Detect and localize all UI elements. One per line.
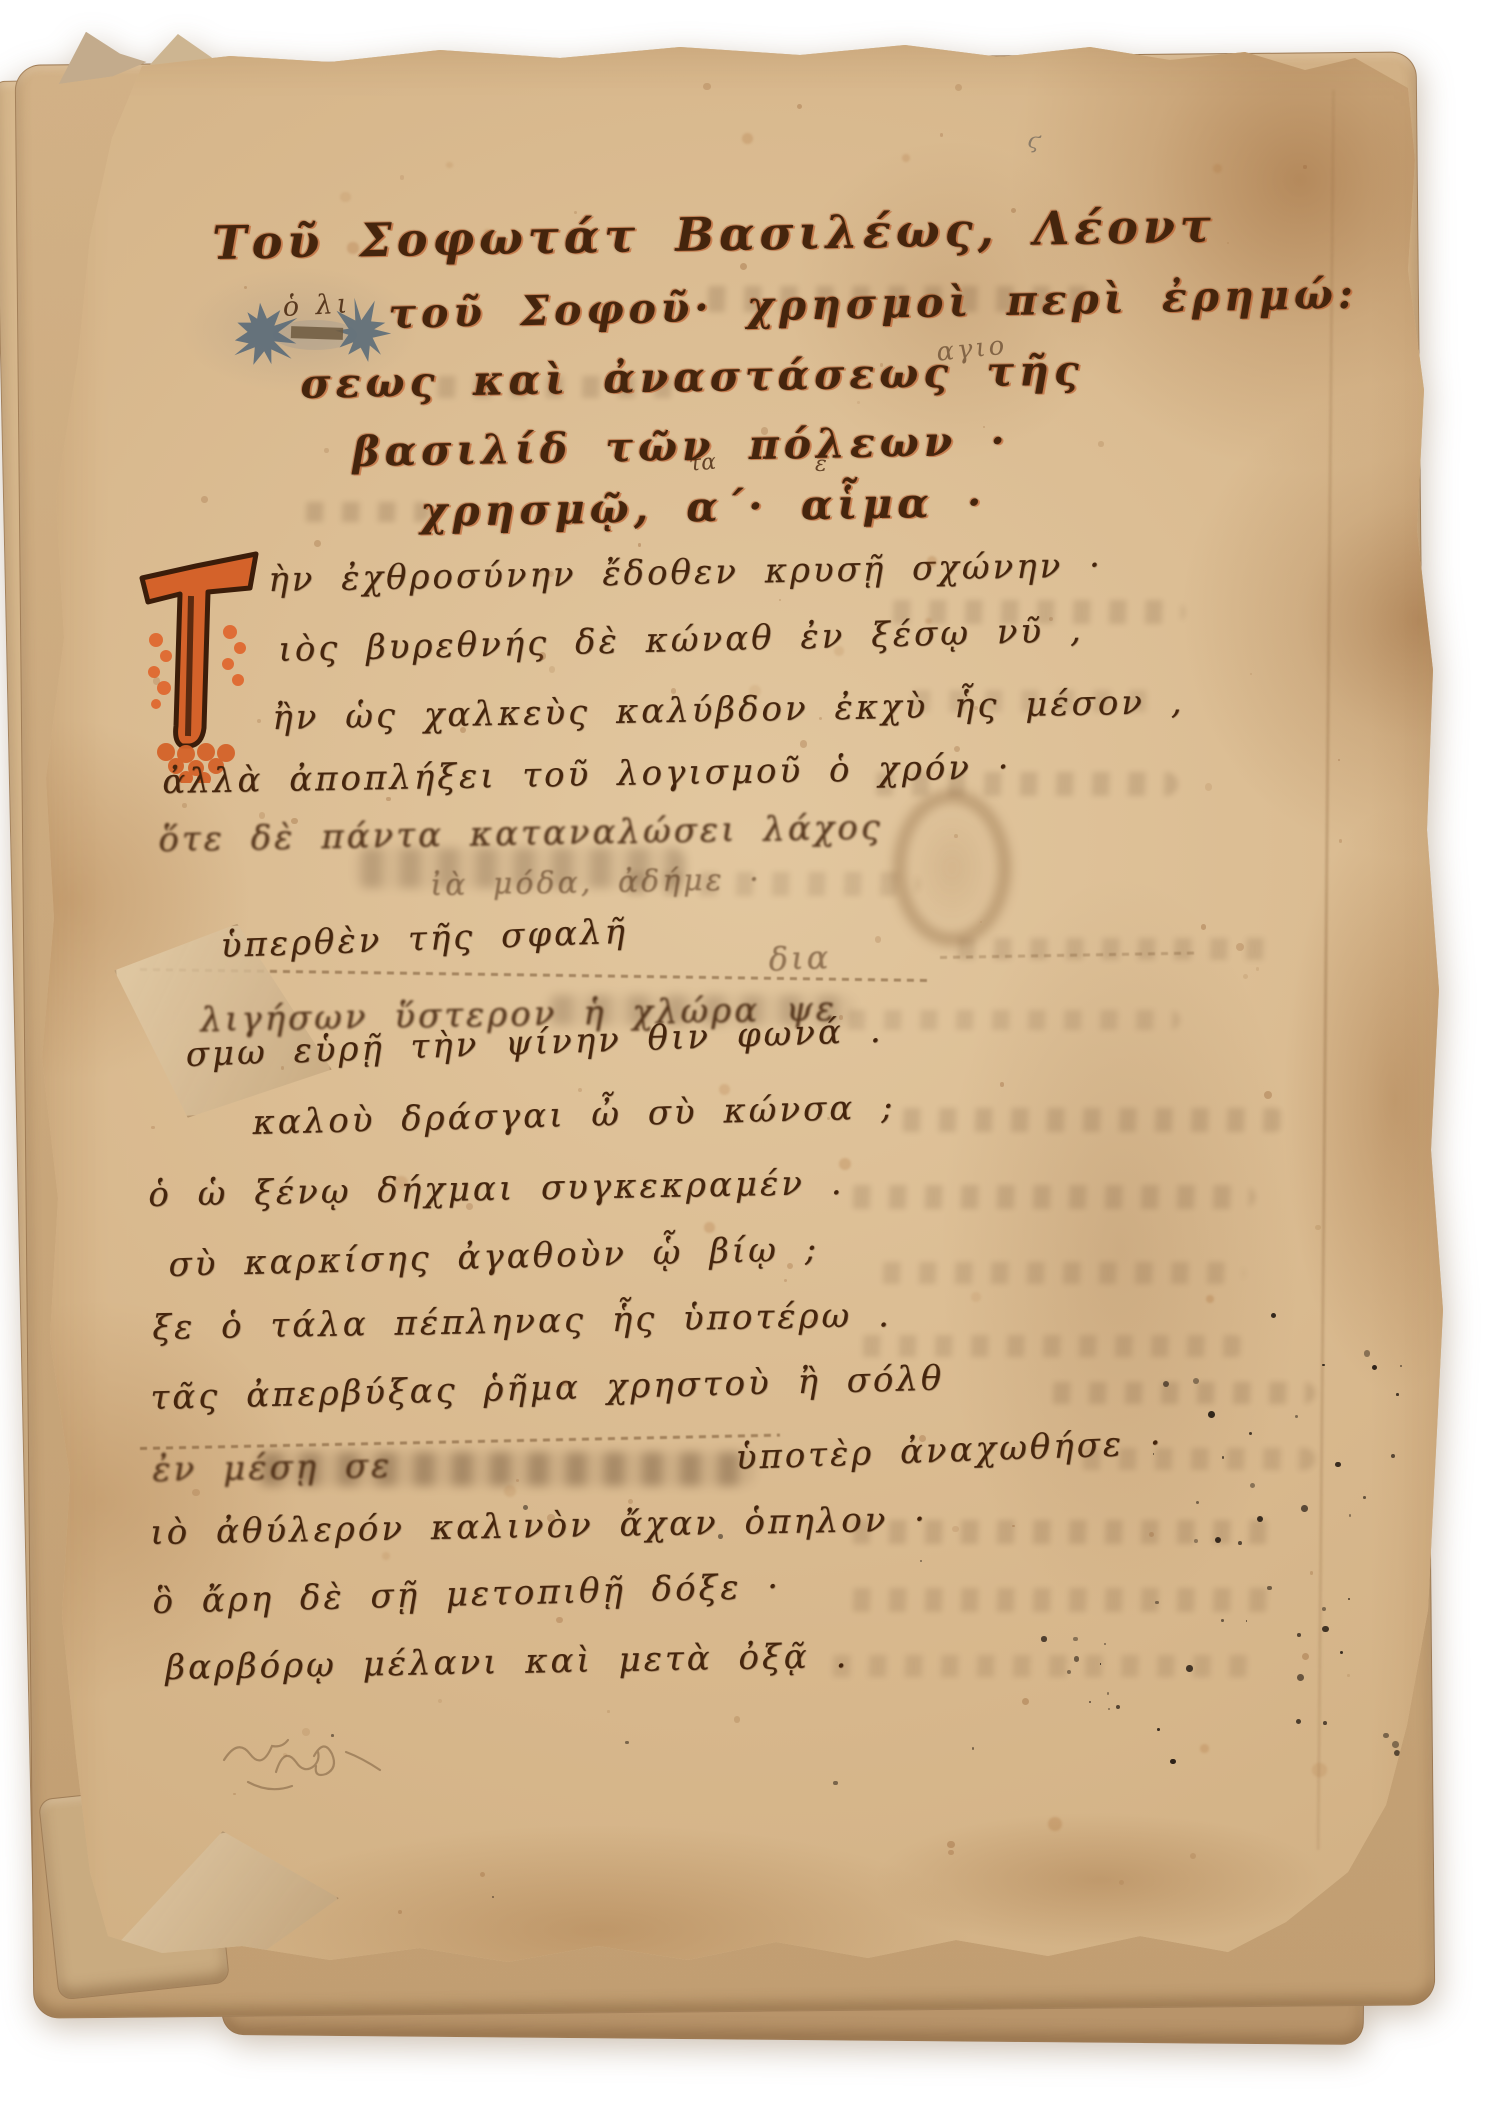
ink-speck xyxy=(1221,1619,1224,1622)
ink-speck xyxy=(578,1088,582,1092)
ink-speck xyxy=(833,1781,837,1785)
ink-speck xyxy=(1310,1571,1314,1575)
ink-speck xyxy=(810,1319,815,1324)
ink-speck xyxy=(954,834,958,838)
ink-speck xyxy=(742,133,753,144)
ink-speck xyxy=(718,1534,723,1539)
ink-speck xyxy=(1116,1705,1120,1709)
ink-speck xyxy=(1012,1525,1015,1528)
ink-speck xyxy=(1249,1432,1252,1435)
ink-speck xyxy=(523,1505,528,1510)
ink-speck xyxy=(1149,1532,1154,1537)
ink-speck xyxy=(1022,1698,1029,1705)
ink-speck xyxy=(819,717,823,721)
ink-speck xyxy=(1067,1670,1071,1674)
ink-speck xyxy=(1073,1637,1078,1642)
ink-speck xyxy=(1296,1719,1301,1724)
ink-speck xyxy=(340,192,351,203)
ink-speck xyxy=(676,635,679,638)
ink-speck xyxy=(607,1710,610,1713)
ink-speck xyxy=(797,104,802,109)
ink-speck xyxy=(1363,1496,1366,1499)
ink-speck xyxy=(1236,943,1244,951)
ink-speck xyxy=(927,556,938,567)
ink-speck xyxy=(1338,759,1340,761)
ink-speck xyxy=(1153,1453,1155,1455)
ink-speck xyxy=(925,618,931,624)
ink-speck xyxy=(386,797,391,802)
ink-speck xyxy=(734,1716,741,1723)
ink-speck xyxy=(761,427,768,434)
ink-speck xyxy=(704,1222,715,1233)
ink-speck xyxy=(1301,1505,1308,1512)
ink-speck xyxy=(1372,1365,1378,1371)
ink-speck xyxy=(1383,1733,1389,1739)
manuscript-page: ὁ λι Τ xyxy=(0,0,1500,2102)
ink-speck xyxy=(1322,1364,1324,1366)
ink-speck xyxy=(1303,165,1306,168)
ink-speck xyxy=(1392,1741,1399,1748)
ink-speck xyxy=(1108,1708,1110,1710)
ink-speck xyxy=(314,540,321,547)
ink-speck xyxy=(283,1753,287,1757)
ink-speck xyxy=(1312,1763,1326,1777)
ink-speck xyxy=(1000,1082,1005,1087)
ink-speck xyxy=(539,652,547,660)
ink-speck xyxy=(954,746,960,752)
ink-speck xyxy=(1206,1295,1215,1304)
ink-speck xyxy=(955,84,962,91)
ink-speck xyxy=(556,1617,563,1624)
ink-speck xyxy=(1347,1674,1350,1677)
ink-speck xyxy=(1322,1626,1328,1632)
ink-speck xyxy=(291,818,297,824)
ink-speck xyxy=(779,599,781,601)
ink-speck xyxy=(1100,1663,1102,1665)
ink-speck xyxy=(1222,1456,1224,1458)
ink-speck xyxy=(548,571,554,577)
ink-speck xyxy=(1364,1350,1370,1356)
ink-speck xyxy=(1098,441,1104,447)
ink-speck xyxy=(1297,1633,1301,1637)
ink-speck xyxy=(948,1850,954,1856)
ink-speck xyxy=(638,543,642,547)
ink-speck xyxy=(1271,1313,1276,1318)
ink-speck xyxy=(1391,1454,1395,1458)
ink-speck xyxy=(446,162,453,169)
ink-speck xyxy=(382,1552,390,1560)
ink-speck xyxy=(1208,1411,1215,1418)
ink-speck xyxy=(703,83,710,90)
ink-speck xyxy=(347,242,358,253)
ink-speck xyxy=(628,1499,633,1504)
ink-speck xyxy=(839,1158,851,1170)
ink-speck xyxy=(302,1728,310,1736)
ink-speck xyxy=(919,1435,926,1442)
ink-speck xyxy=(466,1203,473,1210)
ink-speck xyxy=(1256,967,1260,971)
ink-speck xyxy=(1246,1620,1248,1622)
ink-speck xyxy=(947,1841,954,1848)
ink-speck xyxy=(1213,164,1222,173)
ink-speck xyxy=(719,1084,730,1095)
ink-speck xyxy=(1011,208,1016,213)
ink-speck xyxy=(1155,1601,1159,1605)
ink-speck xyxy=(980,921,982,923)
ink-speck xyxy=(1349,1514,1352,1517)
ink-speck xyxy=(1339,839,1343,843)
ink-speck xyxy=(1323,1721,1327,1725)
ink-speck xyxy=(1348,1598,1351,1601)
ink-speck xyxy=(1335,1462,1340,1467)
ink-speck xyxy=(1041,1636,1046,1641)
ink-speck xyxy=(182,803,187,808)
ink-speck xyxy=(153,677,160,684)
ink-speck xyxy=(1200,1744,1209,1753)
ink-speck xyxy=(1315,1225,1321,1231)
ink-speck xyxy=(1238,1541,1242,1545)
ink-speck xyxy=(1227,242,1229,244)
ink-speck xyxy=(480,1872,485,1877)
ink-speck xyxy=(740,263,748,271)
ink-speck xyxy=(1400,1365,1402,1367)
ink-speck xyxy=(920,1560,923,1563)
ink-speck xyxy=(1196,1501,1199,1504)
ink-speck xyxy=(151,1126,155,1130)
ink-speck xyxy=(1250,673,1252,675)
ink-speck xyxy=(1089,1701,1092,1704)
ink-speck xyxy=(972,1747,974,1749)
ink-speck xyxy=(800,740,807,747)
ink-speck xyxy=(574,211,577,214)
ink-speck xyxy=(331,1734,334,1737)
specks-layer xyxy=(0,0,1500,2102)
ink-speck xyxy=(492,1896,494,1898)
ink-speck xyxy=(1302,1653,1309,1660)
ink-speck xyxy=(1250,1483,1255,1488)
ink-speck xyxy=(971,1292,981,1302)
ink-speck xyxy=(438,1699,442,1703)
ink-speck xyxy=(398,1910,402,1914)
ink-speck xyxy=(625,1741,629,1745)
ink-speck xyxy=(1074,1656,1079,1661)
ink-speck xyxy=(1190,1853,1196,1859)
ink-speck xyxy=(857,401,861,405)
ink-speck xyxy=(1264,1091,1272,1099)
ink-speck xyxy=(671,688,676,693)
ink-speck xyxy=(875,936,882,943)
ink-speck xyxy=(1257,1516,1263,1522)
ink-speck xyxy=(1396,1393,1399,1396)
ink-speck xyxy=(1215,1537,1221,1543)
ink-speck xyxy=(259,812,266,819)
ink-speck xyxy=(1104,1643,1106,1645)
ink-speck xyxy=(549,666,556,673)
ink-speck xyxy=(244,286,247,289)
ink-speck xyxy=(192,1489,200,1497)
ink-speck xyxy=(1340,1651,1343,1654)
ink-speck xyxy=(974,706,978,710)
ink-speck xyxy=(504,1485,516,1497)
ink-speck xyxy=(1295,1415,1298,1418)
ink-speck xyxy=(460,727,466,733)
ink-speck xyxy=(1157,1728,1160,1731)
ink-speck xyxy=(516,1479,519,1482)
ink-speck xyxy=(400,175,405,180)
ink-speck xyxy=(902,154,910,162)
photograph-background: ὁ λι Τ xyxy=(0,0,1500,2102)
ink-speck xyxy=(1322,1607,1326,1611)
ink-speck xyxy=(233,1793,235,1795)
ink-speck xyxy=(324,448,328,452)
ink-speck xyxy=(201,496,208,503)
ink-speck xyxy=(983,426,985,428)
ink-speck xyxy=(1243,974,1248,979)
ink-speck xyxy=(940,133,943,136)
ink-speck xyxy=(1048,1817,1062,1831)
ink-speck xyxy=(787,1263,793,1269)
ink-speck xyxy=(1119,1880,1124,1885)
ink-speck xyxy=(1267,1586,1272,1591)
ink-speck xyxy=(952,1526,959,1533)
ink-speck xyxy=(1201,924,1206,929)
ink-speck xyxy=(1107,1692,1110,1695)
ink-speck xyxy=(1170,1759,1175,1764)
ink-speck xyxy=(749,685,761,697)
ink-speck xyxy=(1049,617,1053,621)
ink-speck xyxy=(827,1117,830,1120)
ink-speck xyxy=(562,1380,567,1385)
ink-speck xyxy=(1193,1378,1199,1384)
ink-speck xyxy=(394,1176,407,1189)
manuscript-stack: ὁ λι Τ xyxy=(0,0,1500,2102)
ink-speck xyxy=(246,1652,251,1657)
ink-speck xyxy=(484,229,491,236)
ink-speck xyxy=(281,1066,285,1070)
ink-speck xyxy=(1163,1381,1170,1388)
ink-speck xyxy=(257,719,261,723)
ink-speck xyxy=(834,646,844,656)
ink-speck xyxy=(1194,1539,1198,1543)
ink-speck xyxy=(328,658,331,661)
ink-speck xyxy=(1297,1674,1304,1681)
ink-speck xyxy=(839,1015,843,1019)
ink-speck xyxy=(547,1514,555,1522)
ink-speck xyxy=(880,363,883,366)
ink-speck xyxy=(1186,1665,1192,1671)
ink-speck xyxy=(1205,783,1213,791)
ink-speck xyxy=(784,1279,787,1282)
